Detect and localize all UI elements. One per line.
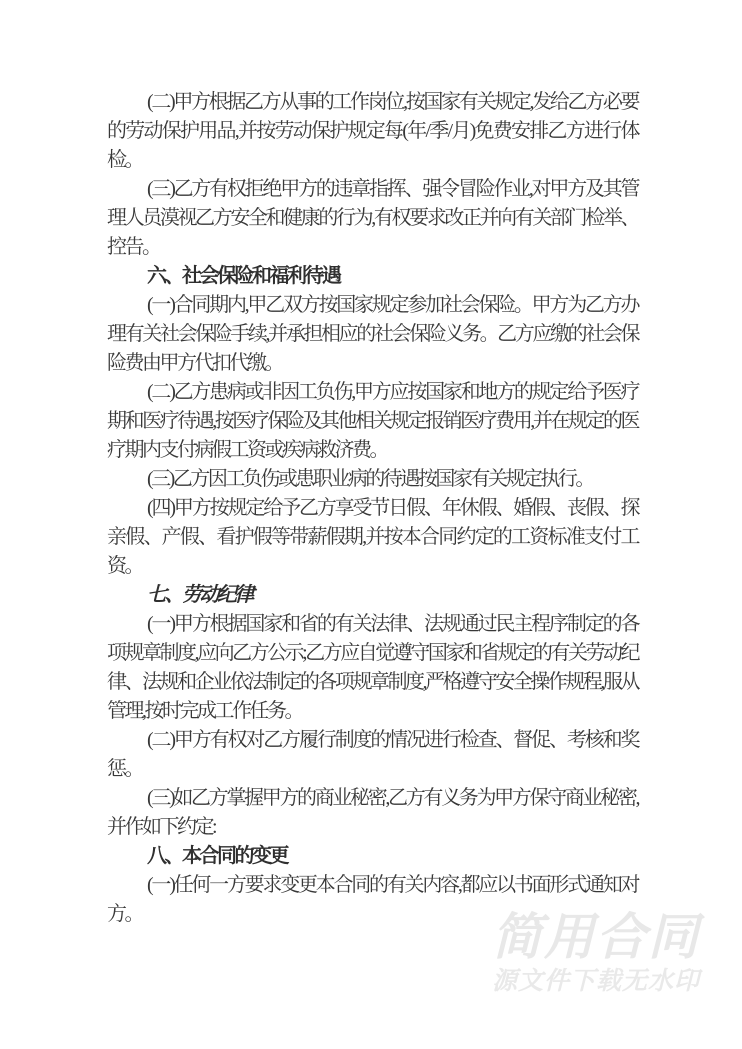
body-paragraph: (三)如乙方掌握甲方的商业秘密,乙方有义务为甲方保守商业秘密,并作如下约定: (107, 784, 638, 842)
body-paragraph: (一)甲方根据国家和省的有关法律、法规通过民主程序制定的各项规章制度,应向乙方公… (107, 610, 638, 726)
contract-page: (二)甲方根据乙方从事的工作岗位,按国家有关规定,发给乙方必要的劳动保护用品,并… (0, 0, 742, 1049)
body-paragraph: (二)乙方患病或非因工负伤,甲方应按国家和地方的规定给予医疗期和医疗待遇,按医疗… (107, 378, 638, 465)
section-heading-labor-discipline: 七、劳动纪律 (107, 581, 638, 610)
section-heading-social-insurance: 六、社会保险和福利待遇 (107, 262, 638, 291)
body-paragraph: (二)甲方根据乙方从事的工作岗位,按国家有关规定,发给乙方必要的劳动保护用品,并… (107, 88, 638, 175)
contract-body: (二)甲方根据乙方从事的工作岗位,按国家有关规定,发给乙方必要的劳动保护用品,并… (107, 88, 638, 929)
body-paragraph: (三)乙方因工负伤或患职业病的待遇按国家有关规定执行。 (107, 465, 638, 494)
watermark-subtitle: 源文件下载无水印 (492, 966, 700, 996)
section-heading-contract-change: 八、本合同的变更 (107, 842, 638, 871)
body-paragraph: (四)甲方按规定给予乙方享受节日假、年休假、婚假、丧假、探亲假、产假、看护假等带… (107, 494, 638, 581)
body-paragraph: (二)甲方有权对乙方履行制度的情况进行检查、督促、考核和奖惩。 (107, 726, 638, 784)
watermark: 简用合同 源文件下载无水印 (492, 910, 700, 996)
body-paragraph: (三)乙方有权拒绝甲方的违章指挥、强令冒险作业,对甲方及其管理人员漠视乙方安全和… (107, 175, 638, 262)
body-paragraph: (一)合同期内,甲乙双方按国家规定参加社会保险。甲方为乙方办理有关社会保险手续,… (107, 291, 638, 378)
watermark-title: 简用合同 (492, 910, 700, 964)
